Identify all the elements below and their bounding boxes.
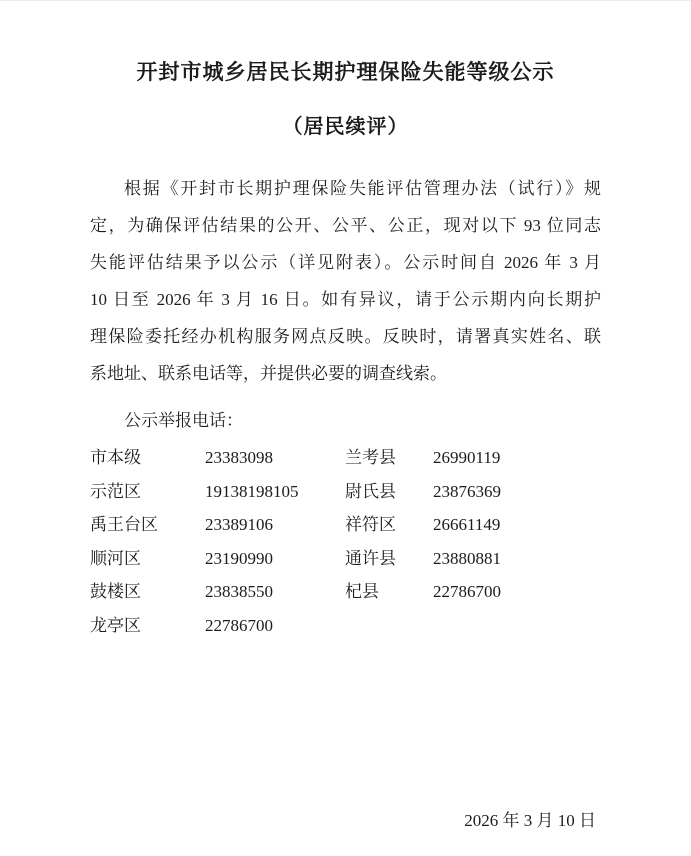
phone-row: 市本级 23383098 兰考县 26990119 [90, 441, 601, 475]
district-label: 祥符区 [345, 508, 433, 542]
document-subtitle: （居民续评） [90, 114, 601, 140]
district-label: 龙亭区 [90, 609, 205, 643]
phone-section-heading: 公示举报电话： [90, 405, 601, 437]
district-label: 通许县 [345, 542, 433, 576]
district-label: 禹王台区 [90, 508, 205, 542]
district-label: 尉氏县 [345, 475, 433, 509]
body-paragraph: 根据《开封市长期护理保险失能评估管理办法（试行）》规 定，为确保评估结果的公开、… [90, 170, 601, 392]
body-line: 10 日至 2026 年 3 月 16 日。如有异议，请于公示期内向长期护 [90, 281, 601, 318]
phone-number: 23383098 [205, 441, 345, 475]
notice-document-page: 开封市城乡居民长期护理保险失能等级公示 （居民续评） 根据《开封市长期护理保险失… [0, 0, 691, 856]
body-line: 理保险委托经办机构服务网点反映。反映时，请署真实姓名、联 [90, 318, 601, 355]
phone-number: 23880881 [433, 542, 601, 576]
phone-number: 26661149 [433, 508, 601, 542]
phone-table: 市本级 23383098 兰考县 26990119 示范区 1913819810… [90, 441, 601, 642]
document-date: 2026 年 3 月 10 日 [464, 809, 596, 833]
district-label: 鼓楼区 [90, 575, 205, 609]
phone-number: 23838550 [205, 575, 345, 609]
document-title: 开封市城乡居民长期护理保险失能等级公示 [90, 57, 601, 87]
phone-number: 19138198105 [205, 475, 345, 509]
phone-number: 23190990 [205, 542, 345, 576]
body-line: 系地址、联系电话等，并提供必要的调查线索。 [90, 355, 601, 392]
district-label: 杞县 [345, 575, 433, 609]
phone-row: 龙亭区 22786700 [90, 609, 601, 643]
phone-row: 示范区 19138198105 尉氏县 23876369 [90, 475, 601, 509]
phone-row: 禹王台区 23389106 祥符区 26661149 [90, 508, 601, 542]
body-line: 根据《开封市长期护理保险失能评估管理办法（试行）》规 [90, 170, 601, 207]
district-label: 顺河区 [90, 542, 205, 576]
body-line: 定，为确保评估结果的公开、公平、公正，现对以下 93 位同志 [90, 207, 601, 244]
document-content: 开封市城乡居民长期护理保险失能等级公示 （居民续评） 根据《开封市长期护理保险失… [90, 57, 601, 642]
phone-number: 26990119 [433, 441, 601, 475]
phone-row: 鼓楼区 23838550 杞县 22786700 [90, 575, 601, 609]
phone-row: 顺河区 23190990 通许县 23880881 [90, 542, 601, 576]
phone-number: 23876369 [433, 475, 601, 509]
phone-number: 23389106 [205, 508, 345, 542]
district-label: 兰考县 [345, 441, 433, 475]
district-label: 市本级 [90, 441, 205, 475]
body-line: 失能评估结果予以公示（详见附表）。公示时间自 2026 年 3 月 [90, 244, 601, 281]
district-label: 示范区 [90, 475, 205, 509]
phone-number: 22786700 [433, 575, 601, 609]
phone-number: 22786700 [205, 609, 345, 643]
